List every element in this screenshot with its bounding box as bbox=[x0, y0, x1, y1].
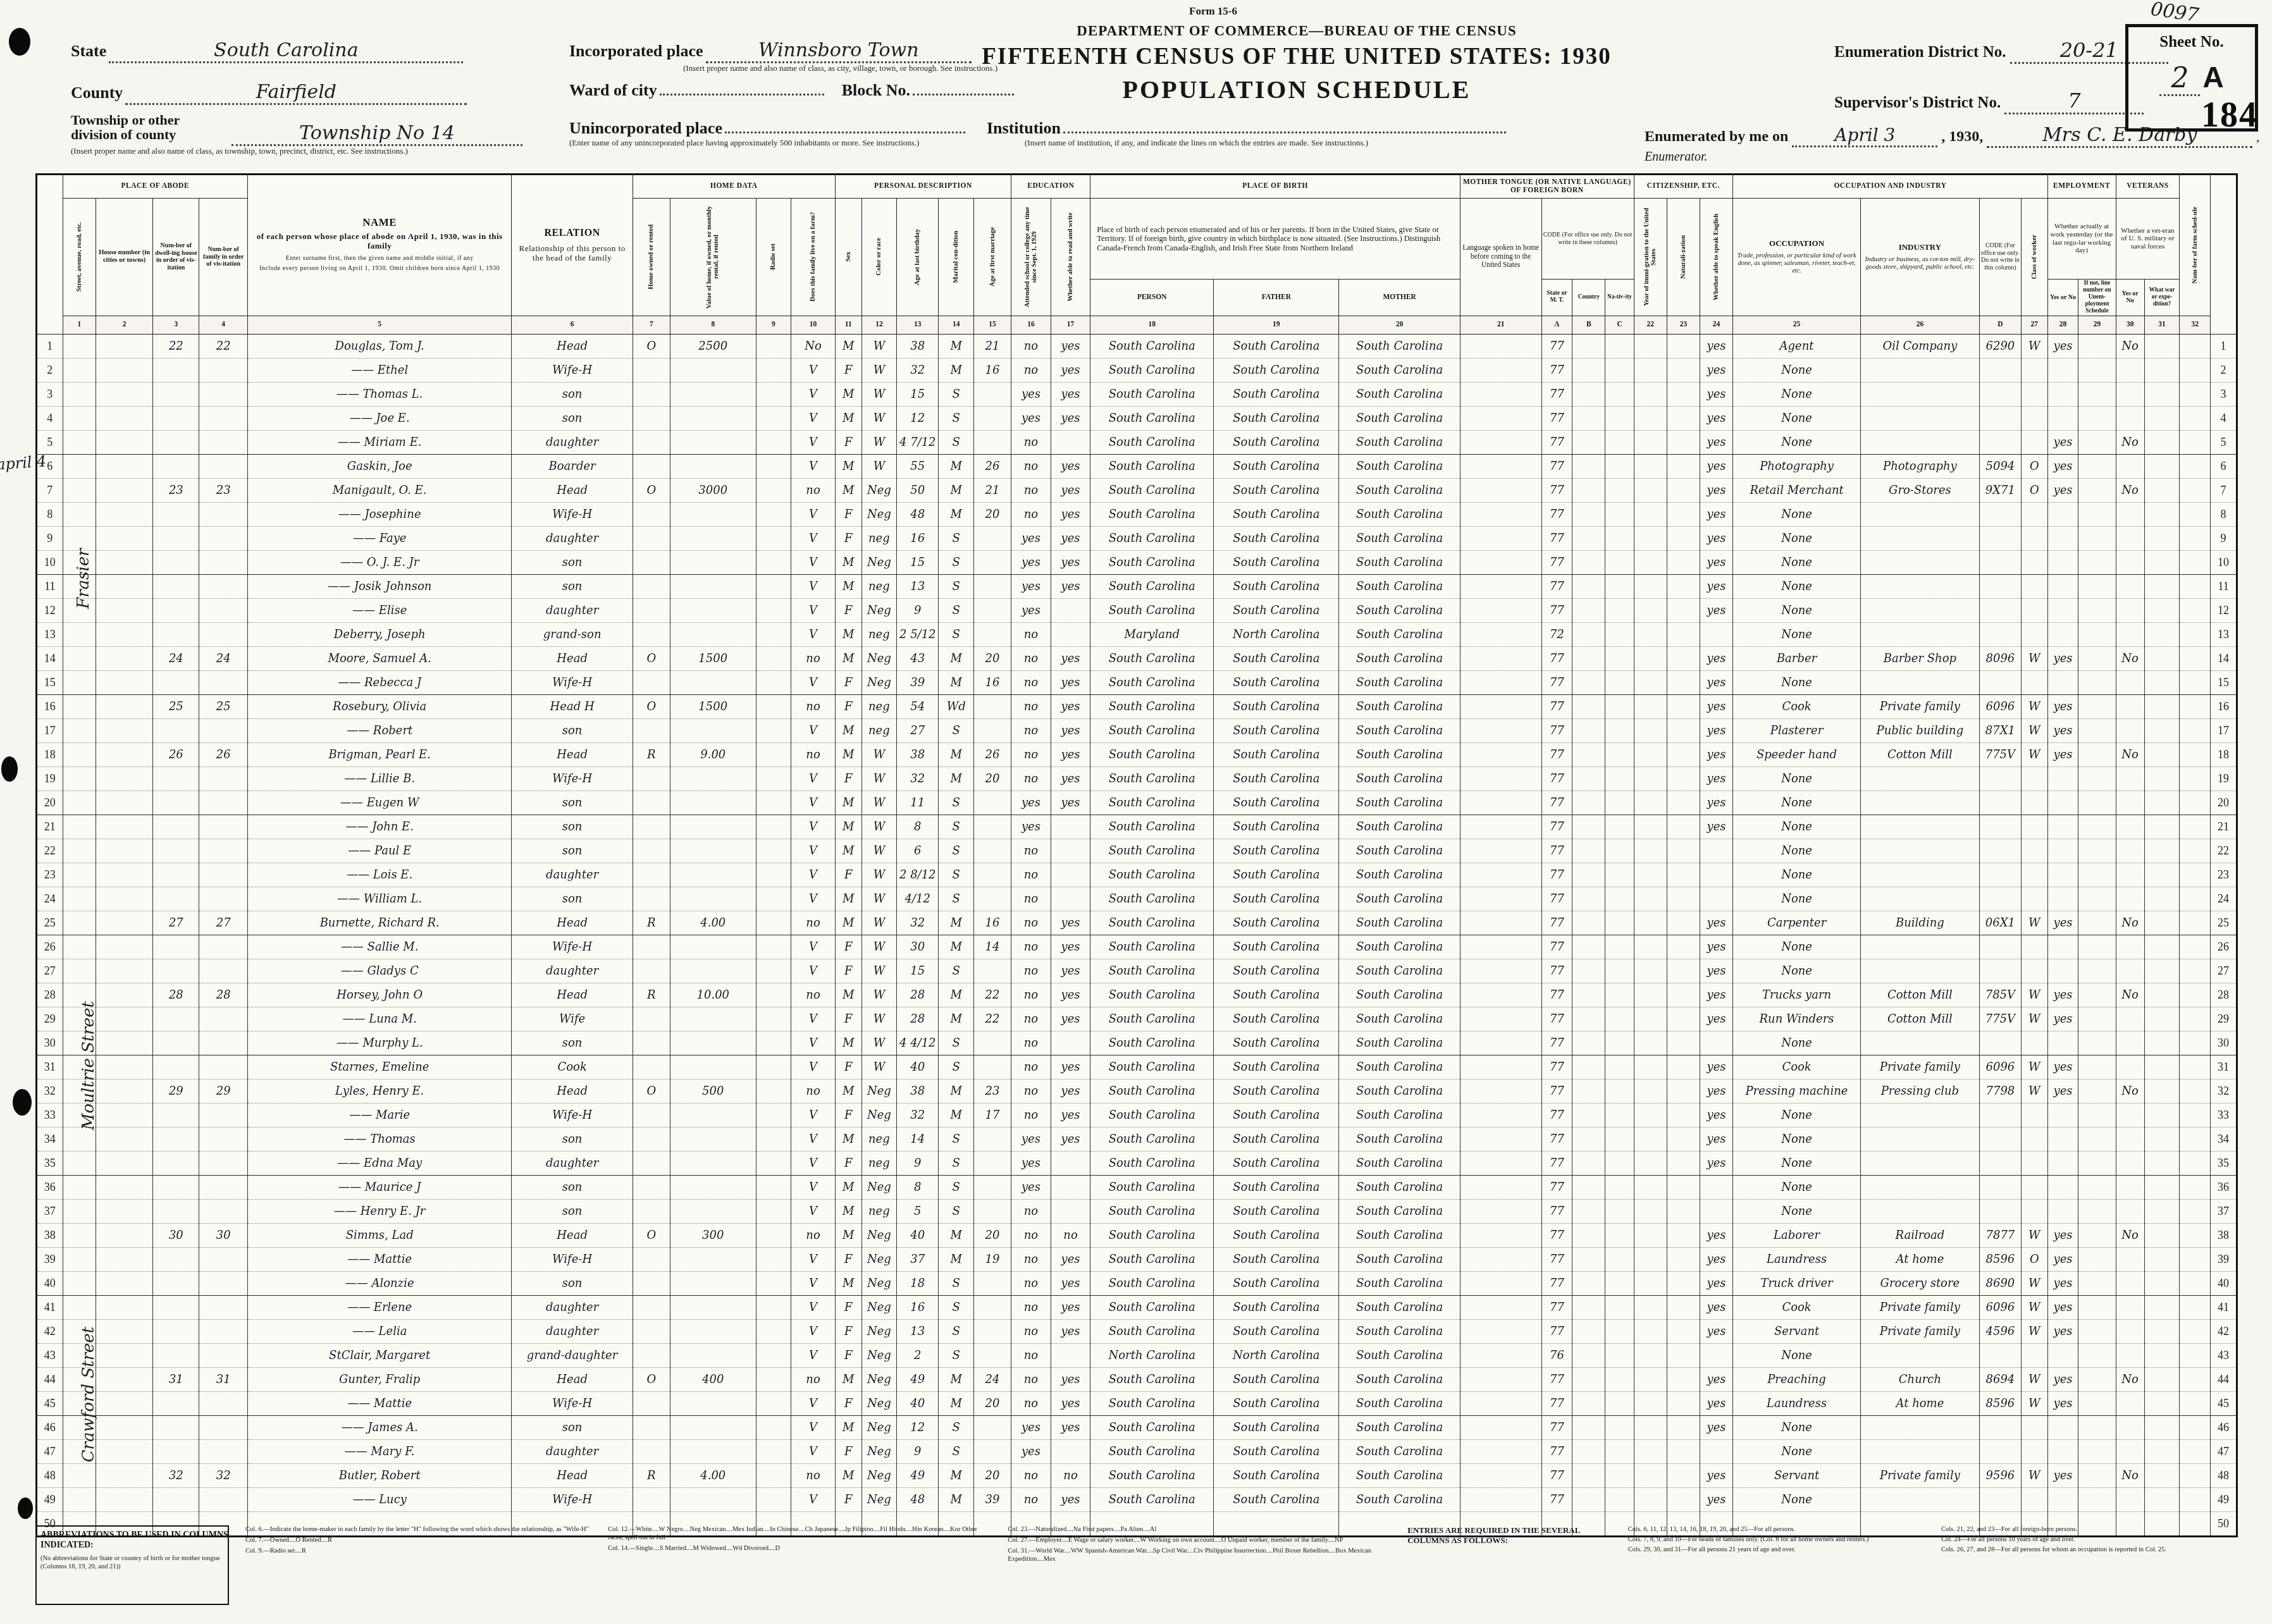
cell-cd bbox=[1979, 622, 2021, 646]
cell-lang bbox=[1460, 935, 1541, 959]
cell-occ: Servant bbox=[1733, 1463, 1861, 1487]
cell-c31 bbox=[2144, 1463, 2180, 1487]
relation-desc: Relationship of this person to the head … bbox=[513, 244, 631, 263]
cell-relation: son bbox=[512, 815, 633, 839]
cell-ind bbox=[1860, 622, 1979, 646]
cell-age: 8 bbox=[897, 1175, 939, 1199]
cell-c32 bbox=[2180, 935, 2211, 959]
cell-ln2: 42 bbox=[2211, 1319, 2237, 1343]
cell-c31 bbox=[2144, 911, 2180, 935]
cell-farm: V bbox=[791, 406, 836, 430]
cell-c28 bbox=[2047, 1103, 2078, 1127]
cell-c23 bbox=[1667, 670, 1700, 694]
cell-ind: Grocery store bbox=[1860, 1271, 1979, 1295]
abbr-col9: Col. 9.—Radio set....R bbox=[245, 1547, 591, 1555]
cell-age: 30 bbox=[897, 935, 939, 959]
cell-cb bbox=[1572, 1175, 1605, 1199]
cell-c32 bbox=[2180, 1343, 2211, 1367]
entries-5: Cols. 26, 27, and 28—For all persons for… bbox=[1941, 1546, 2238, 1554]
cell-cb bbox=[1572, 406, 1605, 430]
table-row: 12—— ElisedaughterVFNeg9SyesSouth Caroli… bbox=[37, 598, 2237, 622]
cell-c29 bbox=[2078, 1439, 2116, 1463]
col-farm-schedule: Num-ber of farm sched-ule bbox=[2180, 175, 2211, 316]
cell-c24: yes bbox=[1700, 1487, 1733, 1511]
cell-dwell bbox=[153, 1487, 199, 1511]
cell-c24 bbox=[1700, 1175, 1733, 1199]
cell-mar: S bbox=[939, 1031, 974, 1055]
cell-c24: yes bbox=[1700, 790, 1733, 815]
cell-occ: Servant bbox=[1733, 1319, 1861, 1343]
cell-bf: South Carolina bbox=[1214, 694, 1339, 718]
cell-c30 bbox=[2116, 502, 2144, 526]
cell-ca: 77 bbox=[1541, 766, 1572, 790]
cell-ca: 77 bbox=[1541, 1367, 1572, 1391]
cell-sex: F bbox=[835, 598, 861, 622]
cell-name: Horsey, John O bbox=[247, 983, 512, 1007]
cell-cc bbox=[1605, 1055, 1634, 1079]
column-number: 31 bbox=[2144, 316, 2180, 334]
cell-fam bbox=[199, 358, 248, 382]
cell-c23 bbox=[1667, 502, 1700, 526]
cell-color: W bbox=[861, 382, 897, 406]
cell-farm: no bbox=[791, 1463, 836, 1487]
cell-relation: Head bbox=[512, 742, 633, 766]
cell-bf: South Carolina bbox=[1214, 1271, 1339, 1295]
cell-c24: yes bbox=[1700, 694, 1733, 718]
column-number: 13 bbox=[897, 316, 939, 334]
cell-bf: South Carolina bbox=[1214, 406, 1339, 430]
table-row: 142424Moore, Samuel A.HeadO1500noMNeg43M… bbox=[37, 646, 2237, 670]
cell-farm: no bbox=[791, 1079, 836, 1103]
cell-cb bbox=[1572, 718, 1605, 742]
cell-school: no bbox=[1011, 863, 1051, 887]
cell-c23 bbox=[1667, 1199, 1700, 1223]
cell-c31 bbox=[2144, 983, 2180, 1007]
cell-c29 bbox=[2078, 406, 2116, 430]
township-label: Township or other division of county bbox=[71, 113, 229, 142]
cell-own bbox=[633, 766, 670, 790]
col-birth-father: FATHER bbox=[1214, 280, 1339, 316]
cell-radio bbox=[756, 1223, 791, 1247]
cell-mar: M bbox=[939, 478, 974, 502]
township-value: Township No 14 bbox=[232, 122, 522, 146]
cell-age: 4/12 bbox=[897, 887, 939, 911]
table-row: 20—— Eugen WsonVMW11SyesyesSouth Carolin… bbox=[37, 790, 2237, 815]
cell-rw: yes bbox=[1051, 1079, 1090, 1103]
cell-house bbox=[96, 911, 152, 935]
cell-color: Neg bbox=[861, 670, 897, 694]
cell-sex: F bbox=[835, 694, 861, 718]
cell-mar: M bbox=[939, 742, 974, 766]
cell-bf: South Carolina bbox=[1214, 983, 1339, 1007]
cell-age: 40 bbox=[897, 1391, 939, 1415]
cell-age: 48 bbox=[897, 502, 939, 526]
cell-cls: W bbox=[2021, 911, 2047, 935]
cell-house bbox=[96, 598, 152, 622]
cell-school: no bbox=[1011, 887, 1051, 911]
cell-c23 bbox=[1667, 1271, 1700, 1295]
cell-cd: 6096 bbox=[1979, 1295, 2021, 1319]
veterans-note: Whether a vet-eran of U. S. military or … bbox=[2116, 199, 2180, 280]
cell-agefm: 23 bbox=[973, 1079, 1011, 1103]
cell-ind bbox=[1860, 1151, 1979, 1175]
cell-age: 40 bbox=[897, 1223, 939, 1247]
cell-age: 4 4/12 bbox=[897, 1031, 939, 1055]
cell-school: no bbox=[1011, 1271, 1051, 1295]
cell-c28: yes bbox=[2047, 911, 2078, 935]
cell-cb bbox=[1572, 1103, 1605, 1127]
cell-bf: South Carolina bbox=[1214, 1079, 1339, 1103]
cell-color: neg bbox=[861, 694, 897, 718]
cell-relation: daughter bbox=[512, 1439, 633, 1463]
cell-mar: M bbox=[939, 454, 974, 478]
cell-cls: O bbox=[2021, 454, 2047, 478]
cell-school: no bbox=[1011, 1079, 1051, 1103]
cell-farm: no bbox=[791, 1223, 836, 1247]
incorporated-label: Incorporated place bbox=[569, 42, 703, 60]
cell-c31 bbox=[2144, 1439, 2180, 1463]
cell-color: Neg bbox=[861, 1415, 897, 1439]
cell-color: Neg bbox=[861, 1391, 897, 1415]
cell-name: —— O. J. E. Jr bbox=[247, 550, 512, 574]
cell-sex: F bbox=[835, 1247, 861, 1271]
cell-ca: 77 bbox=[1541, 935, 1572, 959]
column-number: 5 bbox=[247, 316, 512, 334]
cell-cd bbox=[1979, 839, 2021, 863]
cell-school: no bbox=[1011, 502, 1051, 526]
cell-c28 bbox=[2047, 1415, 2078, 1439]
cell-color: neg bbox=[861, 526, 897, 550]
cell-sex: F bbox=[835, 1055, 861, 1079]
cell-c22 bbox=[1634, 1271, 1667, 1295]
cell-c28 bbox=[2047, 1487, 2078, 1511]
column-number: 32 bbox=[2180, 316, 2211, 334]
cell-c30 bbox=[2116, 1439, 2144, 1463]
cell-bp: South Carolina bbox=[1090, 815, 1214, 839]
cell-c28 bbox=[2047, 502, 2078, 526]
cell-c23 bbox=[1667, 526, 1700, 550]
cell-house bbox=[96, 1463, 152, 1487]
cell-c23 bbox=[1667, 1127, 1700, 1151]
cell-radio bbox=[756, 1103, 791, 1127]
cell-relation: son bbox=[512, 1271, 633, 1295]
cell-c32 bbox=[2180, 742, 2211, 766]
cell-house bbox=[96, 454, 152, 478]
cell-cb bbox=[1572, 694, 1605, 718]
cell-school: no bbox=[1011, 454, 1051, 478]
cell-agefm bbox=[973, 887, 1011, 911]
group-name: NAME of each person whose place of abode… bbox=[247, 175, 512, 316]
cell-name: —— Faye bbox=[247, 526, 512, 550]
cell-age: 38 bbox=[897, 1079, 939, 1103]
cell-mar: S bbox=[939, 430, 974, 454]
cell-value bbox=[670, 935, 756, 959]
cell-ln2: 25 bbox=[2211, 911, 2237, 935]
cell-color: W bbox=[861, 839, 897, 863]
cell-house bbox=[96, 815, 152, 839]
cell-ln2: 20 bbox=[2211, 790, 2237, 815]
cell-agefm bbox=[973, 790, 1011, 815]
cell-bf: South Carolina bbox=[1214, 670, 1339, 694]
cell-bf: South Carolina bbox=[1214, 742, 1339, 766]
cell-radio bbox=[756, 430, 791, 454]
cell-farm: V bbox=[791, 863, 836, 887]
cell-farm: V bbox=[791, 550, 836, 574]
cell-sex: M bbox=[835, 1031, 861, 1055]
cell-cc bbox=[1605, 1271, 1634, 1295]
cell-name: —— Joe E. bbox=[247, 406, 512, 430]
table-row: 41—— ErlenedaughterVFNeg16SnoyesSouth Ca… bbox=[37, 1295, 2237, 1319]
cell-age: 49 bbox=[897, 1463, 939, 1487]
cell-bp: South Carolina bbox=[1090, 1079, 1214, 1103]
cell-name: —— Lillie B. bbox=[247, 766, 512, 790]
cell-bf: South Carolina bbox=[1214, 598, 1339, 622]
cell-value bbox=[670, 382, 756, 406]
column-number: 24 bbox=[1700, 316, 1733, 334]
cell-lang bbox=[1460, 887, 1541, 911]
cell-agefm: 14 bbox=[973, 935, 1011, 959]
cell-cls bbox=[2021, 887, 2047, 911]
cell-c32 bbox=[2180, 766, 2211, 790]
cell-name: Simms, Lad bbox=[247, 1223, 512, 1247]
cell-cls: W bbox=[2021, 1055, 2047, 1079]
cell-radio bbox=[756, 1439, 791, 1463]
cell-fam: 25 bbox=[199, 694, 248, 718]
cell-dwell bbox=[153, 1031, 199, 1055]
cell-agefm: 16 bbox=[973, 670, 1011, 694]
cell-school: no bbox=[1011, 358, 1051, 382]
cell-cb bbox=[1572, 574, 1605, 598]
cell-age: 9 bbox=[897, 1439, 939, 1463]
col-sex: Sex bbox=[835, 199, 861, 316]
cell-radio bbox=[756, 670, 791, 694]
cell-lang bbox=[1460, 358, 1541, 382]
birth-note: Place of birth of each person enumerated… bbox=[1090, 199, 1460, 280]
cell-ind bbox=[1860, 430, 1979, 454]
cell-occ: None bbox=[1733, 1439, 1861, 1463]
cell-rw: yes bbox=[1051, 406, 1090, 430]
cell-c30: No bbox=[2116, 1223, 2144, 1247]
cell-rw bbox=[1051, 622, 1090, 646]
cell-radio bbox=[756, 1175, 791, 1199]
cell-occ: None bbox=[1733, 526, 1861, 550]
cell-name: —— Alonzie bbox=[247, 1271, 512, 1295]
col-home-owned: Home owned or rented bbox=[633, 199, 670, 316]
cell-cb bbox=[1572, 1127, 1605, 1151]
cell-cc bbox=[1605, 1247, 1634, 1271]
cell-rw: yes bbox=[1051, 502, 1090, 526]
cell-c22 bbox=[1634, 1175, 1667, 1199]
cell-agefm: 19 bbox=[973, 1247, 1011, 1271]
cell-school: no bbox=[1011, 959, 1051, 983]
table-row: 46—— James A.sonVMNeg12SyesyesSouth Caro… bbox=[37, 1415, 2237, 1439]
cell-c24: yes bbox=[1700, 1295, 1733, 1319]
cell-bp: South Carolina bbox=[1090, 1271, 1214, 1295]
cell-c24: yes bbox=[1700, 1391, 1733, 1415]
cell-cc bbox=[1605, 1031, 1634, 1055]
cell-bf: South Carolina bbox=[1214, 1319, 1339, 1343]
cell-name: Manigault, O. E. bbox=[247, 478, 512, 502]
cell-cd: 87X1 bbox=[1979, 718, 2021, 742]
cell-ind bbox=[1860, 815, 1979, 839]
cell-occ: Truck driver bbox=[1733, 1271, 1861, 1295]
cell-c29 bbox=[2078, 911, 2116, 935]
cell-fam: 23 bbox=[199, 478, 248, 502]
cell-house bbox=[96, 790, 152, 815]
cell-ln2: 14 bbox=[2211, 646, 2237, 670]
cell-c22 bbox=[1634, 863, 1667, 887]
cell-color: W bbox=[861, 430, 897, 454]
cell-c30 bbox=[2116, 1055, 2144, 1079]
abbreviations-note: (No abbreviations for State or country o… bbox=[40, 1554, 224, 1571]
cell-name: Deberry, Joseph bbox=[247, 622, 512, 646]
cell-cls: W bbox=[2021, 742, 2047, 766]
group-veterans: VETERANS bbox=[2116, 175, 2180, 199]
cell-bp: South Carolina bbox=[1090, 1367, 1214, 1391]
cell-cls: W bbox=[2021, 1271, 2047, 1295]
cell-cls bbox=[2021, 1343, 2047, 1367]
cell-house bbox=[96, 526, 152, 550]
group-personal-description: PERSONAL DESCRIPTION bbox=[835, 175, 1011, 199]
col-street: Street, avenue, road, etc. bbox=[63, 199, 96, 316]
abbr-col-2: Col. 12.—White....W Negro....Neg Mexican… bbox=[608, 1525, 991, 1605]
cell-c23 bbox=[1667, 1247, 1700, 1271]
cell-lang bbox=[1460, 646, 1541, 670]
cell-value bbox=[670, 1175, 756, 1199]
cell-cd bbox=[1979, 574, 2021, 598]
cell-dwell bbox=[153, 1247, 199, 1271]
cell-occ: Carpenter bbox=[1733, 911, 1861, 935]
cell-ind: At home bbox=[1860, 1247, 1979, 1271]
cell-cc bbox=[1605, 790, 1634, 815]
cell-age: 15 bbox=[897, 959, 939, 983]
cell-c24: yes bbox=[1700, 358, 1733, 382]
cell-c22 bbox=[1634, 550, 1667, 574]
cell-school: yes bbox=[1011, 1175, 1051, 1199]
cell-lang bbox=[1460, 478, 1541, 502]
col-marital: Marital con-dition bbox=[939, 199, 974, 316]
cell-value bbox=[670, 1247, 756, 1271]
form-number: Form 15-6 bbox=[1189, 5, 1237, 18]
cell-bp: South Carolina bbox=[1090, 863, 1214, 887]
cell-relation: son bbox=[512, 839, 633, 863]
cell-ln2: 16 bbox=[2211, 694, 2237, 718]
cell-c22 bbox=[1634, 959, 1667, 983]
cell-cd bbox=[1979, 766, 2021, 790]
cell-sex: M bbox=[835, 454, 861, 478]
cell-school: no bbox=[1011, 1367, 1051, 1391]
cell-mar: S bbox=[939, 1295, 974, 1319]
cell-dwell bbox=[153, 1199, 199, 1223]
cell-fam bbox=[199, 574, 248, 598]
cell-c22 bbox=[1634, 1463, 1667, 1487]
cell-c31 bbox=[2144, 1079, 2180, 1103]
cell-farm: V bbox=[791, 1415, 836, 1439]
cell-cls bbox=[2021, 406, 2047, 430]
cell-fam: 28 bbox=[199, 983, 248, 1007]
cell-ln: 12 bbox=[37, 598, 63, 622]
cell-relation: Wife-H bbox=[512, 766, 633, 790]
cell-sex: M bbox=[835, 742, 861, 766]
cell-c30 bbox=[2116, 598, 2144, 622]
cell-c30 bbox=[2116, 766, 2144, 790]
cell-cls: W bbox=[2021, 334, 2047, 358]
cell-ln: 48 bbox=[37, 1463, 63, 1487]
cell-school: no bbox=[1011, 1247, 1051, 1271]
cell-school: no bbox=[1011, 935, 1051, 959]
column-number: 12 bbox=[861, 316, 897, 334]
cell-cls bbox=[2021, 574, 2047, 598]
cell-lang bbox=[1460, 1319, 1541, 1343]
cell-ln: 20 bbox=[37, 790, 63, 815]
cell-color: Neg bbox=[861, 478, 897, 502]
cell-ln: 2 bbox=[37, 358, 63, 382]
cell-bm: South Carolina bbox=[1339, 1439, 1460, 1463]
cell-radio bbox=[756, 478, 791, 502]
cell-c28: yes bbox=[2047, 478, 2078, 502]
cell-sex: F bbox=[835, 1343, 861, 1367]
cell-ind bbox=[1860, 502, 1979, 526]
cell-ca: 72 bbox=[1541, 622, 1572, 646]
cell-rw bbox=[1051, 1343, 1090, 1367]
cell-value bbox=[670, 1295, 756, 1319]
cell-color: Neg bbox=[861, 502, 897, 526]
cell-dwell bbox=[153, 598, 199, 622]
cell-c31 bbox=[2144, 694, 2180, 718]
cell-cb bbox=[1572, 1487, 1605, 1511]
cell-ca: 77 bbox=[1541, 646, 1572, 670]
cell-agefm bbox=[973, 1055, 1011, 1079]
cell-relation: Wife-H bbox=[512, 502, 633, 526]
cell-fam: 29 bbox=[199, 1079, 248, 1103]
cell-radio bbox=[756, 863, 791, 887]
cell-relation: daughter bbox=[512, 430, 633, 454]
cell-bf: South Carolina bbox=[1214, 1415, 1339, 1439]
cell-radio bbox=[756, 526, 791, 550]
cell-own bbox=[633, 1343, 670, 1367]
cell-house bbox=[96, 646, 152, 670]
cell-color: W bbox=[861, 815, 897, 839]
cell-cb bbox=[1572, 839, 1605, 863]
cell-lang bbox=[1460, 983, 1541, 1007]
cell-ln: 45 bbox=[37, 1391, 63, 1415]
cell-agefm bbox=[973, 1271, 1011, 1295]
county-value: Fairfield bbox=[125, 81, 467, 105]
cell-bf: South Carolina bbox=[1214, 1031, 1339, 1055]
cell-school: yes bbox=[1011, 1415, 1051, 1439]
cell-value bbox=[670, 1127, 756, 1151]
cell-cls bbox=[2021, 502, 2047, 526]
cell-rw bbox=[1051, 887, 1090, 911]
cell-color: Neg bbox=[861, 1319, 897, 1343]
cell-c30 bbox=[2116, 1247, 2144, 1271]
cell-street bbox=[63, 766, 96, 790]
cell-color: Neg bbox=[861, 1463, 897, 1487]
name-note2: Include every person living on April 1, … bbox=[254, 265, 505, 273]
cell-ca: 77 bbox=[1541, 983, 1572, 1007]
cell-lang bbox=[1460, 1055, 1541, 1079]
cell-c31 bbox=[2144, 1199, 2180, 1223]
cell-occ: Run Winders bbox=[1733, 1007, 1861, 1031]
cell-rw: yes bbox=[1051, 646, 1090, 670]
cell-ln: 25 bbox=[37, 911, 63, 935]
cell-cd bbox=[1979, 598, 2021, 622]
institution-label: Institution bbox=[987, 119, 1061, 137]
cell-c24: yes bbox=[1700, 742, 1733, 766]
cell-c23 bbox=[1667, 694, 1700, 718]
cell-ind: Public building bbox=[1860, 718, 1979, 742]
cell-radio bbox=[756, 694, 791, 718]
